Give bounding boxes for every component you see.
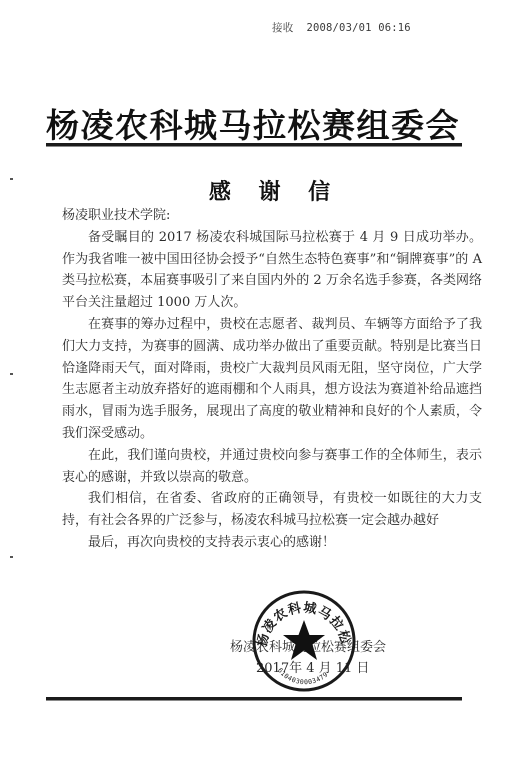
footer-divider xyxy=(46,697,462,700)
paragraph-4: 我们相信，在省委、省政府的正确领导，有贵校一如既往的大力支持，有社会各界的广泛参… xyxy=(62,488,482,532)
fax-received-header: 接收 2008/03/01 06:16 xyxy=(272,20,411,35)
fax-received-timestamp: 2008/03/01 06:16 xyxy=(306,22,410,34)
paragraph-3: 在此，我们谨向贵校，并通过贵校向参与赛事工作的全体师生，表示衷心的感谢，并致以崇… xyxy=(62,445,482,489)
paragraph-1: 备受瞩目的 2017 杨凌农科城国际马拉松赛于 4 月 9 日成功举办。作为我省… xyxy=(62,227,482,314)
scan-speck xyxy=(10,373,13,375)
letterhead-organization: 杨凌农科城马拉松赛组委会 xyxy=(46,100,466,147)
official-seal-stamp: 杨凌农科城马拉松赛组委会 6104030003479 xyxy=(250,588,358,694)
letterhead-divider xyxy=(46,143,462,146)
paragraph-5: 最后，再次向贵校的支持表示衷心的感谢！ xyxy=(62,532,482,554)
document-title: 感 谢 信 xyxy=(0,175,521,206)
seal-serial-number: 6104030003479 xyxy=(276,666,330,686)
salutation: 杨凌职业技术学院: xyxy=(62,205,482,227)
seal-icon: 杨凌农科城马拉松赛组委会 6104030003479 xyxy=(250,588,358,694)
paragraph-2: 在赛事的筹办过程中，贵校在志愿者、裁判员、车辆等方面给予了我们大力支持，为赛事的… xyxy=(62,314,482,445)
scan-speck xyxy=(10,556,13,558)
scan-speck xyxy=(10,178,13,180)
svg-text:6104030003479: 6104030003479 xyxy=(276,666,330,686)
letter-body: 杨凌职业技术学院: 备受瞩目的 2017 杨凌农科城国际马拉松赛于 4 月 9 … xyxy=(62,205,482,554)
fax-received-label: 接收 xyxy=(272,22,293,34)
